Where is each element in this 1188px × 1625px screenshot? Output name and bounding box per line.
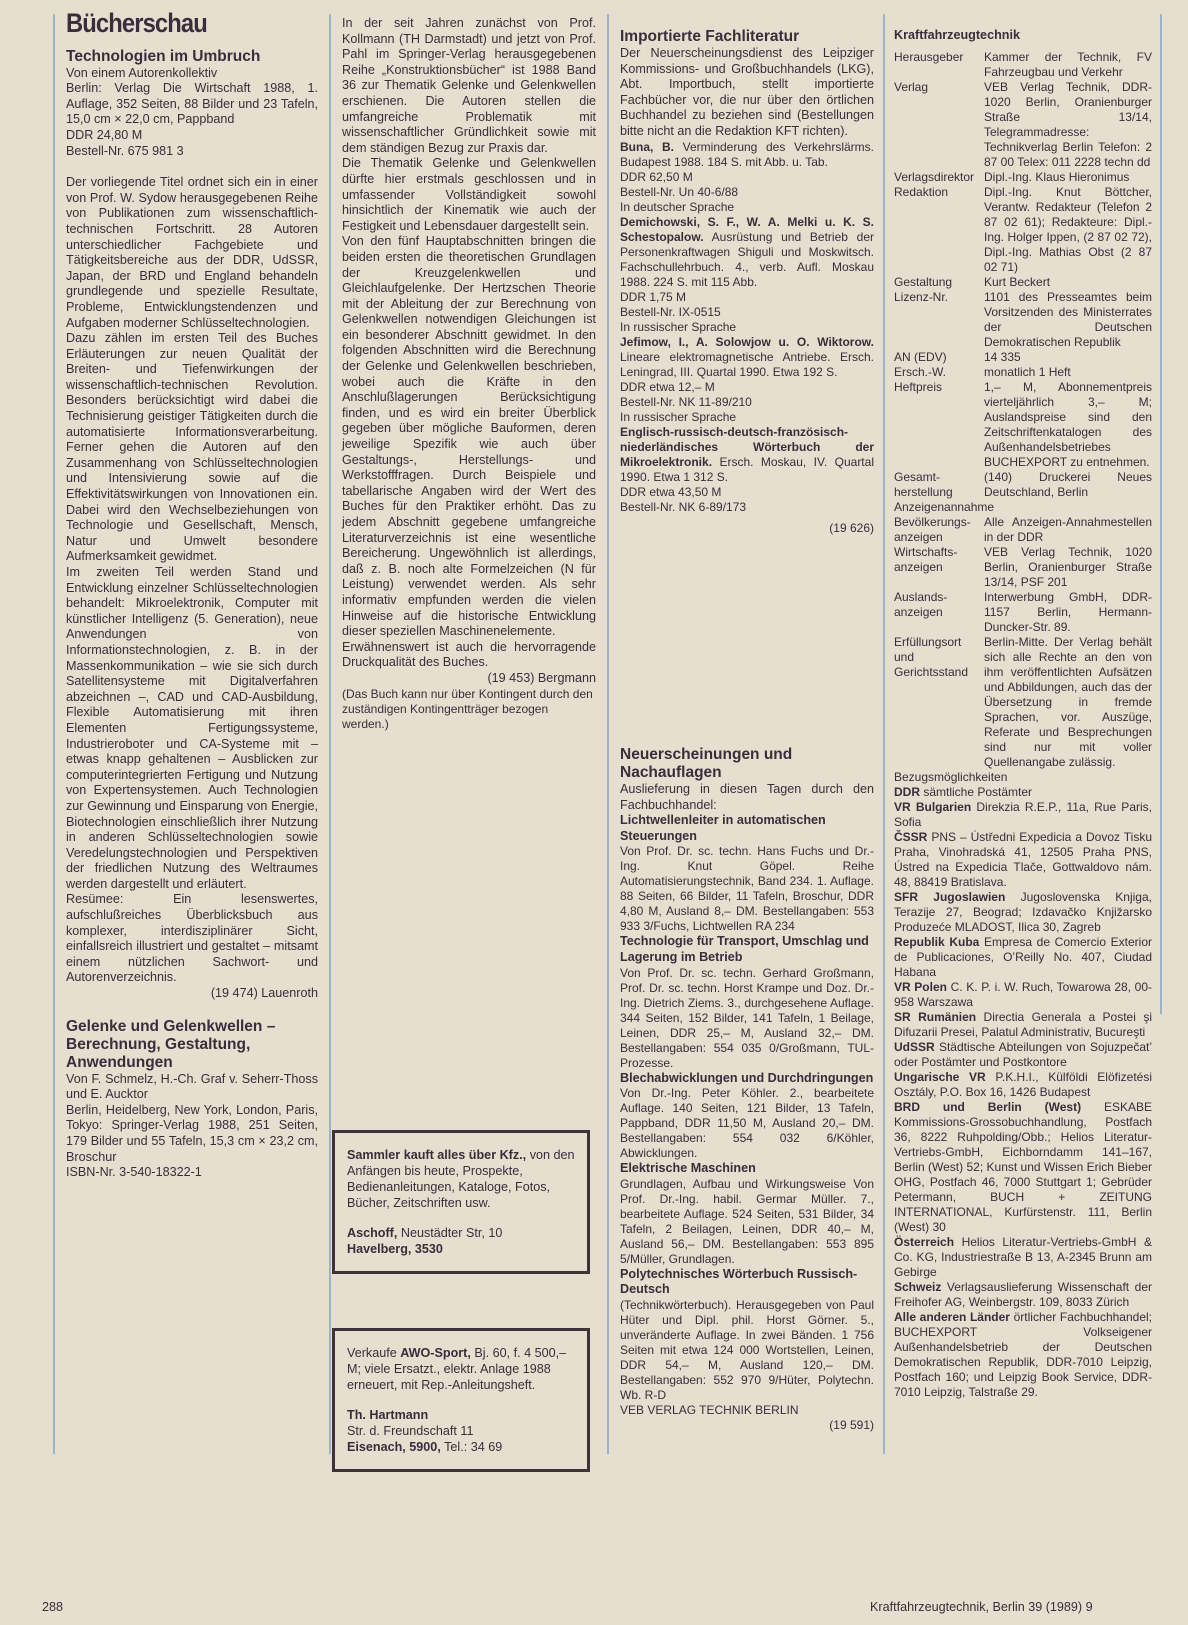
release-item: Technologie für Transport, Umschlag und … <box>620 934 874 1070</box>
review-paragraph: Die Thematik Gelenke und Gelenkwellen dü… <box>342 156 596 234</box>
item-text: Von Prof. Dr. sc. techn. Hans Fuchs und … <box>620 844 874 934</box>
review-paragraph: In der seit Jahren zunächst von Prof. Ko… <box>342 16 596 156</box>
sub-country: SR Rumänien <box>894 1010 976 1024</box>
imprint-value: Dipl.-Ing. Klaus Hieronimus <box>984 170 1152 185</box>
imprint-key: Gesamt-herstellung <box>894 470 984 500</box>
item-text: Lineare elektromagnetische Antriebe. Ers… <box>620 350 874 379</box>
imprint-value: VEB Verlag Technik, DDR-1020 Berlin, Ora… <box>984 80 1152 170</box>
review-paragraph: Erwähnenswert ist auch die hervorragende… <box>342 640 596 671</box>
item-order: Bestell-Nr. NK 6-89/173 <box>620 500 874 515</box>
imprint-key: Lizenz-Nr. <box>894 290 984 350</box>
sub-country: Ungarische VR <box>894 1070 986 1084</box>
review-technologien: Technologien im Umbruch Von einem Autore… <box>66 48 318 1002</box>
page-number: 288 <box>42 1600 63 1614</box>
section-signature: (19 591) <box>620 1418 874 1433</box>
imprint-value: Dipl.-Ing. Knut Böttcher, Verantw. Redak… <box>984 185 1152 275</box>
item-text: (Technikwörterbuch). Herausgegeben von P… <box>620 1298 874 1403</box>
imprint-key: Verlag <box>894 80 984 170</box>
imprint-key: Herausgeber <box>894 50 984 80</box>
review-author: Von F. Schmelz, H.-Ch. Graf v. Seherr-Th… <box>66 1072 318 1103</box>
journal-citation: Kraftfahrzeugtechnik, Berlin 39 (1989) 9 <box>870 1600 1093 1614</box>
ads-heading: Anzeigenannahme <box>894 500 1152 515</box>
column-rule <box>53 14 55 1454</box>
sub-country: SFR Jugoslawien <box>894 890 1005 904</box>
review-paragraph: Dazu zählen im ersten Teil des Buches Er… <box>66 331 318 565</box>
section-signature: (19 626) <box>620 521 874 536</box>
imprint-value: VEB Verlag Technik, 1020 Berlin, Oranien… <box>984 545 1152 590</box>
item-price: DDR etwa 43,50 M <box>620 485 874 500</box>
review-title: Technologien im Umbruch <box>66 48 318 66</box>
imported-literature: Importierte Fachliteratur Der Neuerschei… <box>620 28 874 536</box>
section-intro: Auslieferung in diesen Tagen durch den F… <box>620 782 874 813</box>
import-item: Buna, B. Verminderung des Verkehrslärms.… <box>620 140 874 215</box>
page-masthead: Bücherschau <box>66 16 288 32</box>
review-note: (Das Buch kann nur über Kontingent durch… <box>342 687 596 732</box>
ad-city: Havelberg, 3530 <box>347 1241 575 1257</box>
review-price: DDR 24,80 M <box>66 128 318 144</box>
import-item: Englisch-russisch-deutsch-französisch-ni… <box>620 425 874 515</box>
item-price: DDR etwa 12,– M <box>620 380 874 395</box>
publisher-line: VEB VERLAG TECHNIK BERLIN <box>620 1403 874 1418</box>
sub-country: ČSSR <box>894 830 927 844</box>
sub-text: PNS – Ústředni Expedicia a Dovoz Tisku P… <box>894 830 1152 889</box>
review-author: Von einem Autorenkollektiv <box>66 66 318 82</box>
item-title: Blechabwicklungen und Durchdringungen <box>620 1071 874 1087</box>
item-order: Bestell-Nr. IX-0515 <box>620 305 874 320</box>
ad-headline: Sammler kauft alles über Kfz., <box>347 1148 526 1162</box>
item-title: Polytechnisches Wörterbuch Russisch-Deut… <box>620 1267 874 1298</box>
review-signature: (19 453) Bergmann <box>342 671 596 687</box>
item-author: Jefimow, I., A. Solowjow u. O. Wiktorow. <box>620 335 874 349</box>
item-order: Bestell-Nr. NK 11-89/210 <box>620 395 874 410</box>
imprint-title: Kraftfahrzeugtechnik <box>894 28 1152 44</box>
ad-item: AWO-Sport, <box>400 1346 471 1360</box>
review-signature: (19 474) Lauenroth <box>66 986 318 1002</box>
column-3: Importierte Fachliteratur Der Neuerschei… <box>620 28 874 536</box>
item-author: Buna, B. <box>620 140 674 154</box>
column-1: Bücherschau Technologien im Umbruch Von … <box>66 12 318 1181</box>
sub-text: sämtliche Postämter <box>923 785 1032 799</box>
new-releases: Neuerscheinungen und Nachauflagen Auslie… <box>620 746 874 1433</box>
imprint-table: HerausgeberKammer der Technik, FV Fahrze… <box>894 50 1152 770</box>
imprint-key: Gestaltung <box>894 275 984 290</box>
imprint-value: Kurt Beckert <box>984 275 1152 290</box>
sub-country: UdSSR <box>894 1040 935 1054</box>
item-language: In russischer Sprache <box>620 320 874 335</box>
classified-ad-awo: Verkaufe AWO-Sport, Bj. 60, f. 4 500,– M… <box>332 1328 590 1472</box>
column-rule <box>883 14 885 1454</box>
sub-text: ESKABE Kommissions-Grossobuchhandlung, P… <box>894 1100 1152 1234</box>
imprint-key: Redaktion <box>894 185 984 275</box>
item-order: Bestell-Nr. Un 40-6/88 <box>620 185 874 200</box>
item-text: Von Prof. Dr. sc. techn. Gerhard Großman… <box>620 966 874 1071</box>
import-item: Demichowski, S. F., W. A. Melki u. K. S.… <box>620 215 874 335</box>
item-language: In russischer Sprache <box>620 410 874 425</box>
imprint-value: 14 335 <box>984 350 1152 365</box>
sub-country: Republik Kuba <box>894 935 979 949</box>
review-publication: Berlin: Verlag Die Wirtschaft 1988, 1. A… <box>66 81 318 128</box>
sub-country: VR Bulgarien <box>894 800 971 814</box>
item-text: Von Dr.-Ing. Peter Köhler. 2., bearbeite… <box>620 1086 874 1161</box>
imprint-key: Wirtschafts-anzeigen <box>894 545 984 590</box>
imprint-value: Interwerbung GmbH, DDR-1157 Berlin, Herm… <box>984 590 1152 635</box>
subscriptions-heading: Bezugsmöglichkeiten <box>894 770 1152 785</box>
item-title: Lichtwellenleiter in automatischen Steue… <box>620 813 874 844</box>
review-gelenke-body: In der seit Jahren zunächst von Prof. Ko… <box>342 16 596 732</box>
section-intro: Der Neuerscheinungsdienst des Leipziger … <box>620 46 874 140</box>
item-title: Technologie für Transport, Umschlag und … <box>620 934 874 965</box>
imprint-key: Heftpreis <box>894 380 984 470</box>
section-title: Neuerscheinungen und Nachauflagen <box>620 746 874 782</box>
imprint-value: (140) Druckerei Neues Deutschland, Berli… <box>984 470 1152 500</box>
imprint-value: 1101 des Presseamtes beim Vorsitzenden d… <box>984 290 1152 350</box>
item-price: DDR 62,50 M <box>620 170 874 185</box>
ad-city: Eisenach, 5900, <box>347 1440 441 1454</box>
imprint-key: Erfüllungsort und Gerichtsstand <box>894 635 984 770</box>
imprint-key: AN (EDV) <box>894 350 984 365</box>
sub-country: Schweiz <box>894 1280 941 1294</box>
ad-prefix: Verkaufe <box>347 1346 397 1360</box>
imprint-value: Kammer der Technik, FV Fahrzeugbau und V… <box>984 50 1152 80</box>
column-rule <box>1160 14 1162 1014</box>
imprint-value: Berlin-Mitte. Der Verlag behält sich all… <box>984 635 1152 770</box>
column-4-imprint: Kraftfahrzeugtechnik HerausgeberKammer d… <box>894 28 1152 1400</box>
review-paragraph: Resümee: Ein lesenswertes, aufschlußreic… <box>66 892 318 986</box>
ad-street: Neustädter Str, 10 <box>401 1226 503 1240</box>
review-publication: Berlin, Heidelberg, New York, London, Pa… <box>66 1103 318 1165</box>
item-price: DDR 1,75 M <box>620 290 874 305</box>
release-item: Elektrische MaschinenGrundlagen, Aufbau … <box>620 1161 874 1267</box>
imprint-value: Alle Anzeigen-Annahmestellen in der DDR <box>984 515 1152 545</box>
review-gelenke-header: Gelenke und Gelenkwellen – Berechnung, G… <box>66 1018 318 1181</box>
review-paragraph: Im zweiten Teil werden Stand und Entwick… <box>66 565 318 892</box>
review-paragraph: Der vorliegende Titel ordnet sich ein in… <box>66 175 318 331</box>
imprint-key: Bevölkerungs-anzeigen <box>894 515 984 545</box>
sub-country: Österreich <box>894 1235 954 1249</box>
review-paragraph: Von den fünf Hauptabschnitten bringen di… <box>342 234 596 639</box>
column-rule <box>607 14 609 1454</box>
sub-country: VR Polen <box>894 980 947 994</box>
column-rule <box>329 14 331 1454</box>
section-title: Importierte Fachliteratur <box>620 28 874 46</box>
item-language: In deutscher Sprache <box>620 200 874 215</box>
ad-phone: Tel.: 34 69 <box>444 1440 502 1454</box>
review-isbn: ISBN-Nr. 3-540-18322-1 <box>66 1165 318 1181</box>
imprint-key: Verlagsdirektor <box>894 170 984 185</box>
imprint-value: monatlich 1 Heft <box>984 365 1152 380</box>
sub-country: Alle anderen Länder <box>894 1310 1010 1324</box>
ad-name: Th. Hartmann <box>347 1407 575 1423</box>
imprint-key: Ersch.-W. <box>894 365 984 380</box>
column-2: In der seit Jahren zunächst von Prof. Ko… <box>342 16 596 732</box>
release-item: Polytechnisches Wörterbuch Russisch-Deut… <box>620 1267 874 1403</box>
subscription-list: DDR sämtliche Postämter VR Bulgarien Dir… <box>894 785 1152 1400</box>
review-order-number: Bestell-Nr. 675 981 3 <box>66 144 318 160</box>
ad-name: Aschoff, <box>347 1226 397 1240</box>
imprint-key: Auslands-anzeigen <box>894 590 984 635</box>
import-item: Jefimow, I., A. Solowjow u. O. Wiktorow.… <box>620 335 874 425</box>
imprint-value: 1,– M, Abonnementpreis vierteljährlich 3… <box>984 380 1152 470</box>
classified-ad-collector: Sammler kauft alles über Kfz., von den A… <box>332 1130 590 1274</box>
release-item: Blechabwicklungen und DurchdringungenVon… <box>620 1071 874 1162</box>
sub-country: BRD und Berlin (West) <box>894 1100 1081 1114</box>
sub-country: DDR <box>894 785 920 799</box>
release-item: Lichtwellenleiter in automatischen Steue… <box>620 813 874 934</box>
review-title: Gelenke und Gelenkwellen – Berechnung, G… <box>66 1018 318 1072</box>
ad-street: Str. d. Freundschaft 11 <box>347 1423 575 1439</box>
item-title: Elektrische Maschinen <box>620 1161 874 1177</box>
item-text: Grundlagen, Aufbau und Wirkungsweise Von… <box>620 1177 874 1267</box>
